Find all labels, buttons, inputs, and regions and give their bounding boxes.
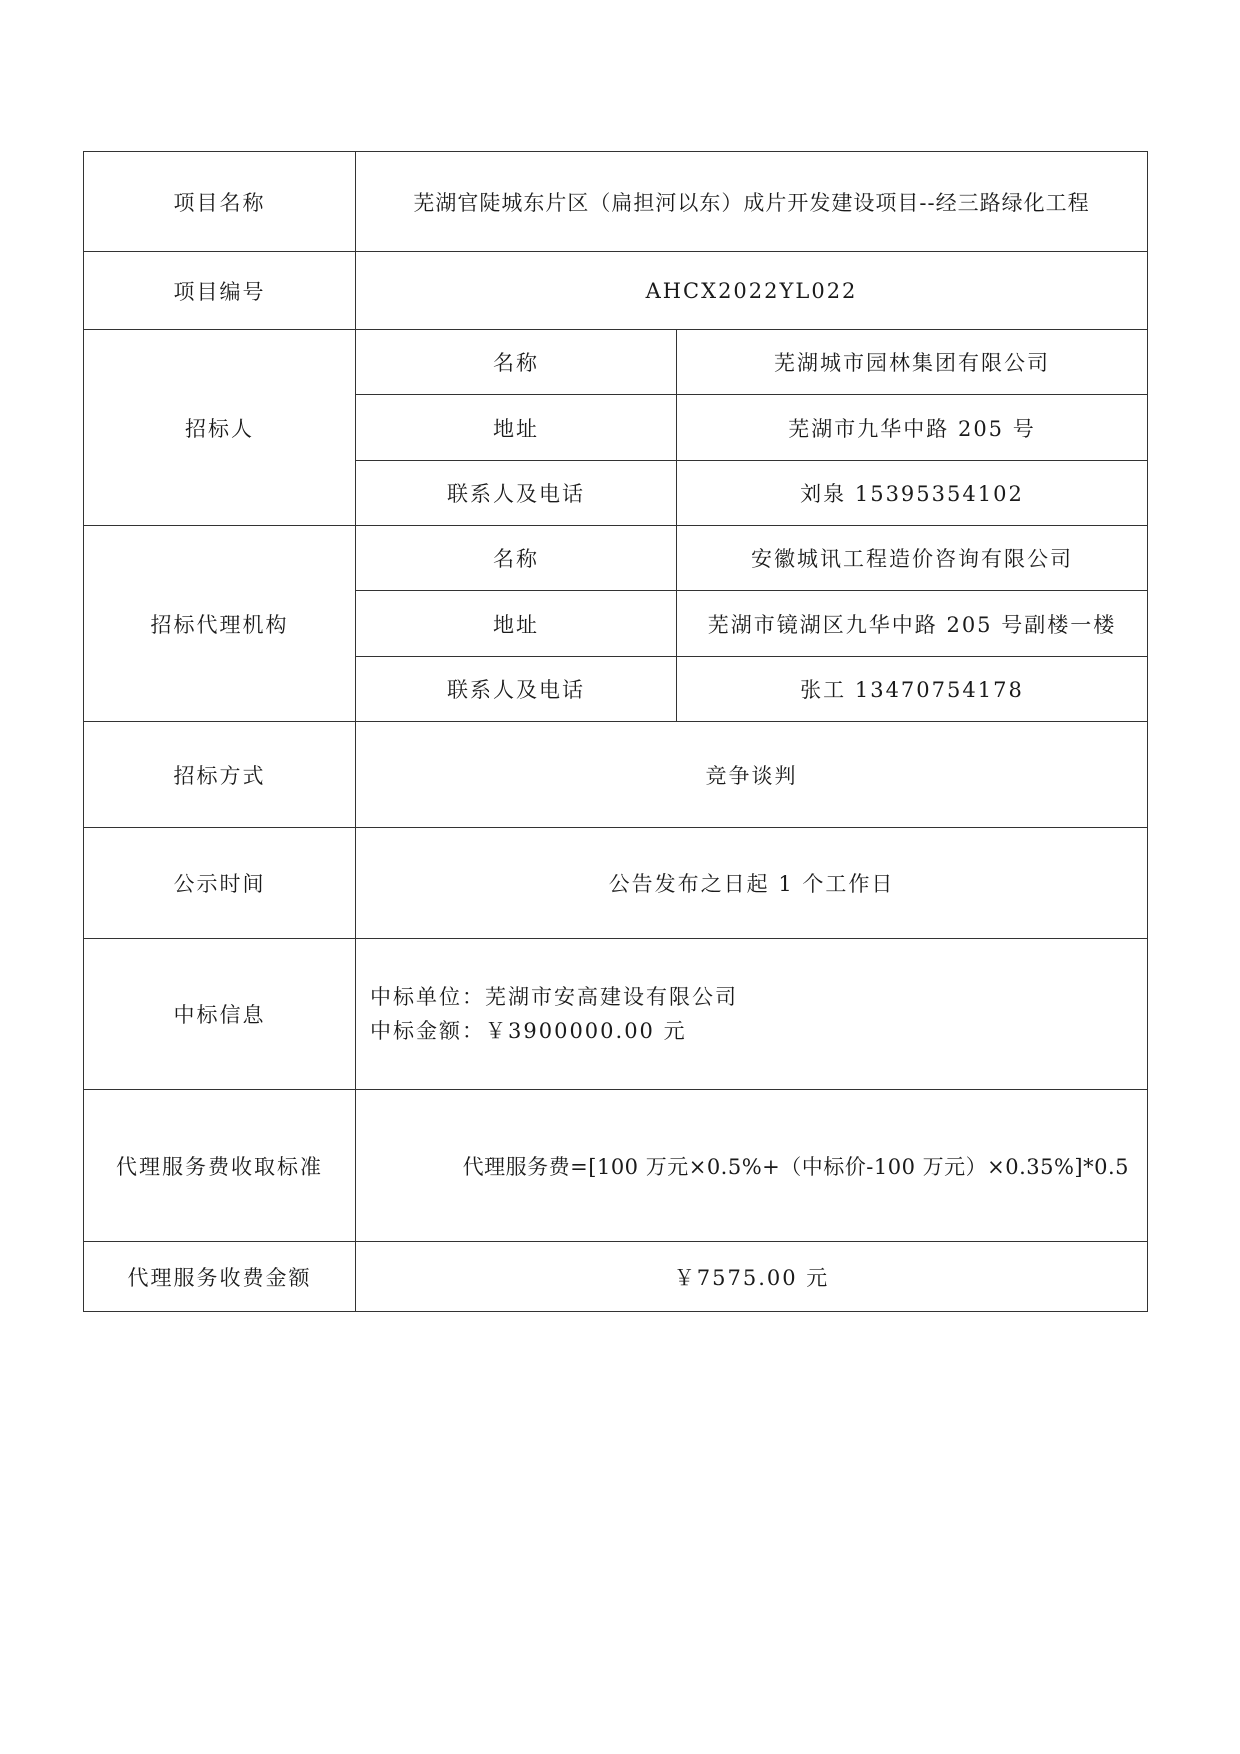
agency-address-value: 芜湖市镜湖区九华中路 205 号副楼一楼 [677, 591, 1148, 657]
project-name-label: 项目名称 [84, 152, 356, 252]
agency-address-label: 地址 [356, 591, 677, 657]
agency-label: 招标代理机构 [84, 526, 356, 722]
row-fee-standard: 代理服务费收取标准 代理服务费=[100 万元×0.5%+（中标价-100 万元… [84, 1090, 1148, 1242]
winning-bidder-line: 中标单位：芜湖市安高建设有限公司 [370, 980, 1141, 1014]
agency-contact-value: 张工 13470754178 [677, 657, 1148, 722]
bid-result-table: 项目名称 芜湖官陡城东片区（扁担河以东）成片开发建设项目--经三路绿化工程 项目… [83, 151, 1148, 1312]
row-project-name: 项目名称 芜湖官陡城东片区（扁担河以东）成片开发建设项目--经三路绿化工程 [84, 152, 1148, 252]
row-winning-bid: 中标信息 中标单位：芜湖市安高建设有限公司 中标金额：￥3900000.00 元 [84, 939, 1148, 1090]
tenderer-address-value: 芜湖市九华中路 205 号 [677, 395, 1148, 461]
publicity-period-value: 公告发布之日起 1 个工作日 [356, 828, 1148, 939]
project-name-value: 芜湖官陡城东片区（扁担河以东）成片开发建设项目--经三路绿化工程 [356, 152, 1148, 252]
agency-contact-label: 联系人及电话 [356, 657, 677, 722]
tender-method-value: 竞争谈判 [356, 722, 1148, 828]
tenderer-contact-value: 刘泉 15395354102 [677, 461, 1148, 526]
row-project-number: 项目编号 AHCX2022YL022 [84, 252, 1148, 330]
row-publicity-period: 公示时间 公告发布之日起 1 个工作日 [84, 828, 1148, 939]
project-number-label: 项目编号 [84, 252, 356, 330]
tender-method-label: 招标方式 [84, 722, 356, 828]
winning-amount-line: 中标金额：￥3900000.00 元 [370, 1014, 1141, 1048]
tenderer-name-label: 名称 [356, 330, 677, 395]
row-fee-amount: 代理服务收费金额 ￥7575.00 元 [84, 1242, 1148, 1312]
project-number-value: AHCX2022YL022 [356, 252, 1148, 330]
agency-name-value: 安徽城讯工程造价咨询有限公司 [677, 526, 1148, 591]
fee-standard-label: 代理服务费收取标准 [84, 1090, 356, 1242]
row-tender-method: 招标方式 竞争谈判 [84, 722, 1148, 828]
fee-amount-value: ￥7575.00 元 [356, 1242, 1148, 1312]
fee-amount-label: 代理服务收费金额 [84, 1242, 356, 1312]
fee-standard-value: 代理服务费=[100 万元×0.5%+（中标价-100 万元）×0.35%]*0… [356, 1090, 1148, 1242]
row-tenderer-name: 招标人 名称 芜湖城市园林集团有限公司 [84, 330, 1148, 395]
tenderer-address-label: 地址 [356, 395, 677, 461]
winning-bid-label: 中标信息 [84, 939, 356, 1090]
tenderer-label: 招标人 [84, 330, 356, 526]
winning-bid-value: 中标单位：芜湖市安高建设有限公司 中标金额：￥3900000.00 元 [356, 939, 1148, 1090]
row-agency-name: 招标代理机构 名称 安徽城讯工程造价咨询有限公司 [84, 526, 1148, 591]
publicity-period-label: 公示时间 [84, 828, 356, 939]
agency-name-label: 名称 [356, 526, 677, 591]
tenderer-name-value: 芜湖城市园林集团有限公司 [677, 330, 1148, 395]
tenderer-contact-label: 联系人及电话 [356, 461, 677, 526]
